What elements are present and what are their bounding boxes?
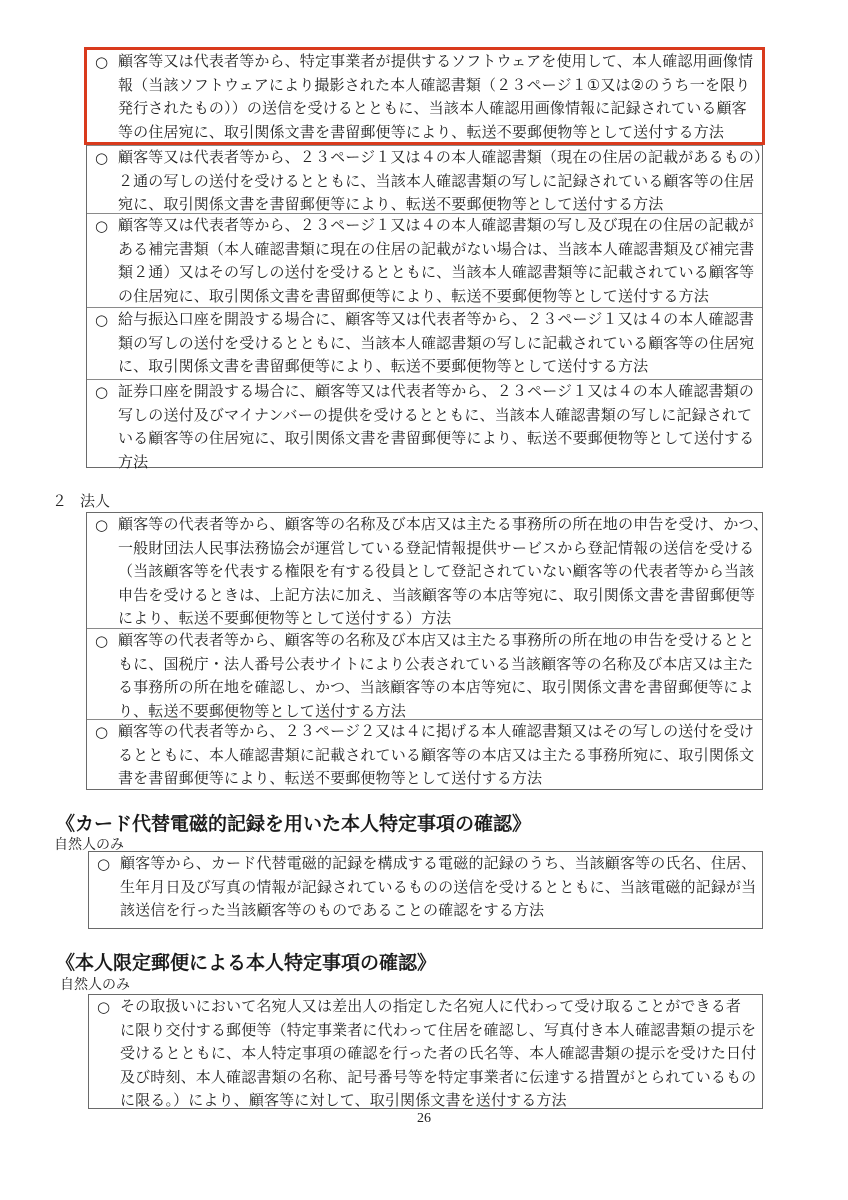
method-text-line: もに、国税庁・法人番号公表サイトにより公表されている当該顧客等の名称及び本店又は… bbox=[118, 653, 762, 677]
circle-bullet-icon: ○ bbox=[95, 630, 108, 654]
circle-bullet-icon: ○ bbox=[95, 215, 108, 239]
circle-bullet-icon: ○ bbox=[95, 51, 108, 75]
method-row: ○ その取扱いにおいて名宛人又は差出人の指定した名宛人に代わって受け取ることがで… bbox=[89, 995, 762, 1108]
scope-label: 自然人のみ bbox=[60, 976, 130, 994]
method-text-line: ２通の写しの送付を受けるとともに、当該本人確認書類の写しに記録されている顧客等の… bbox=[118, 170, 762, 194]
section-title-corporate: 法人 bbox=[80, 491, 110, 511]
corporate-methods-table: ○ 顧客等の代表者等から、顧客等の名称及び本店又は主たる事務所の所在地の申告を受… bbox=[86, 512, 763, 790]
method-text-line: 顧客等又は代表者等から、特定事業者が提供するソフトウェアを使用して、本人確認用画… bbox=[118, 50, 762, 74]
method-text-line: （当該顧客等を代表する権限を有する役員として登記されていない顧客等の代表者等から… bbox=[118, 560, 762, 584]
method-text-line: 生年月日及び写真の情報が記録されているものの送信を受けるとともに、当該電磁的記録… bbox=[120, 876, 762, 900]
individual-methods-table: ○ 顧客等又は代表者等から、特定事業者が提供するソフトウェアを使用して、本人確認… bbox=[86, 49, 763, 468]
method-text-line: の住居宛に、取引関係文書を書留郵便等により、転送不要郵便物等として送付する方法 bbox=[118, 285, 762, 309]
method-row: ○ 顧客等又は代表者等から、２３ページ１又は４の本人確認書類（現在の住居の記載が… bbox=[87, 145, 762, 213]
method-text-line: いる顧客等の住居宛に、取引関係文書を書留郵便等により、転送不要郵便物等として送付… bbox=[118, 427, 762, 451]
method-text-line: 及び時刻、本人確認書類の名称、記号番号等を特定事業者に伝達する措置がとられている… bbox=[120, 1066, 762, 1090]
method-text-line: る事務所の所在地を確認し、かつ、当該顧客等の本店等宛に、取引関係文書を書留郵便等… bbox=[118, 676, 762, 700]
method-row: ○ 顧客等から、カード代替電磁的記録を構成する電磁的記録のうち、当該顧客等の氏名… bbox=[89, 852, 762, 928]
method-row: ○ 顧客等又は代表者等から、特定事業者が提供するソフトウェアを使用して、本人確認… bbox=[87, 50, 762, 145]
method-text-line: 報（当該ソフトウェアにより撮影された本人確認書類（２３ページ１①又は②のうち一を… bbox=[118, 74, 762, 98]
method-row: ○ 給与振込口座を開設する場合に、顧客等又は代表者等から、２３ページ１又は４の本… bbox=[87, 307, 762, 379]
method-text-line: 申告を受けるときは、上記方法に加え、当該顧客等の本店等宛に、取引関係文書を書留郵… bbox=[118, 584, 762, 608]
method-text-line: 発行されたもの））の送信を受けるとともに、当該本人確認用画像情報に記録されている… bbox=[118, 97, 762, 121]
method-text-line: 等の住居宛に、取引関係文書を書留郵便等により、転送不要郵便物等として送付する方法 bbox=[118, 121, 762, 145]
section-heading-mail: 《本人限定郵便による本人特定事項の確認》 bbox=[56, 951, 436, 975]
page-number: 26 bbox=[0, 1111, 848, 1127]
method-text-line: 顧客等の代表者等から、顧客等の名称及び本店又は主たる事務所の所在地の申告を受け、… bbox=[118, 513, 762, 537]
section-number: ２ bbox=[52, 491, 67, 511]
method-row: ○ 顧客等又は代表者等から、２３ページ１又は４の本人確認書類の写し及び現在の住居… bbox=[87, 213, 762, 307]
circle-bullet-icon: ○ bbox=[95, 721, 108, 745]
method-text-line: 類２通）又はその写しの送付を受けるとともに、当該本人確認書類等に記載されている顧… bbox=[118, 261, 762, 285]
method-text-line: に、取引関係文書を書留郵便等により、転送不要郵便物等として送付する方法 bbox=[118, 355, 762, 379]
method-text-line: 顧客等又は代表者等から、２３ページ１又は４の本人確認書類の写し及び現在の住居の記… bbox=[118, 214, 762, 238]
method-row: ○ 証券口座を開設する場合に、顧客等又は代表者等から、２３ページ１又は４の本人確… bbox=[87, 379, 762, 467]
circle-bullet-icon: ○ bbox=[97, 853, 110, 877]
section-heading-card: 《カード代替電磁的記録を用いた本人特定事項の確認》 bbox=[56, 812, 531, 836]
method-text-line: に限る。）により、顧客等に対して、取引関係文書を送付する方法 bbox=[120, 1089, 762, 1113]
method-text-line: 受けるとともに、本人特定事項の確認を行った者の氏名等、本人確認書類の提示を受けた… bbox=[120, 1042, 762, 1066]
method-row: ○ 顧客等の代表者等から、２３ページ２又は４に掲げる本人確認書類又はその写しの送… bbox=[87, 719, 762, 789]
circle-bullet-icon: ○ bbox=[97, 996, 110, 1020]
method-text-line: ある補完書類（本人確認書類に現在の住居の記載がない場合は、当該本人確認書類及び補… bbox=[118, 238, 762, 262]
method-text-line: 証券口座を開設する場合に、顧客等又は代表者等から、２３ページ１又は４の本人確認書… bbox=[118, 380, 762, 404]
method-text-line: 顧客等の代表者等から、顧客等の名称及び本店又は主たる事務所の所在地の申告を受ける… bbox=[118, 629, 762, 653]
method-text-line: に限り交付する郵便等（特定事業者に代わって住居を確認し、写真付き本人確認書類の提… bbox=[120, 1019, 762, 1043]
method-row: ○ 顧客等の代表者等から、顧客等の名称及び本店又は主たる事務所の所在地の申告を受… bbox=[87, 628, 762, 719]
method-text-line: 給与振込口座を開設する場合に、顧客等又は代表者等から、２３ページ１又は４の本人確… bbox=[118, 308, 762, 332]
method-text-line: 方法 bbox=[118, 451, 762, 475]
method-text-line: 顧客等の代表者等から、２３ページ２又は４に掲げる本人確認書類又はその写しの送付を… bbox=[118, 720, 762, 744]
circle-bullet-icon: ○ bbox=[95, 381, 108, 405]
mail-methods-table: ○ その取扱いにおいて名宛人又は差出人の指定した名宛人に代わって受け取ることがで… bbox=[88, 994, 763, 1109]
circle-bullet-icon: ○ bbox=[95, 309, 108, 333]
method-text-line: 写しの送付及びマイナンバーの提供を受けるとともに、当該本人確認書類の写しに記録さ… bbox=[118, 404, 762, 428]
method-text-line: 顧客等から、カード代替電磁的記録を構成する電磁的記録のうち、当該顧客等の氏名、住… bbox=[120, 852, 762, 876]
method-text-line: るとともに、本人確認書類に記載されている顧客等の本店又は主たる事務所宛に、取引関… bbox=[118, 744, 762, 768]
method-text-line: 書を書留郵便等により、転送不要郵便物等として送付する方法 bbox=[118, 767, 762, 791]
method-text-line: 顧客等又は代表者等から、２３ページ１又は４の本人確認書類（現在の住居の記載がある… bbox=[118, 146, 762, 170]
method-text-line: 一般財団法人民事法務協会が運営している登記情報提供サービスから登記情報の送信を受… bbox=[118, 537, 762, 561]
circle-bullet-icon: ○ bbox=[95, 514, 108, 538]
card-methods-table: ○ 顧客等から、カード代替電磁的記録を構成する電磁的記録のうち、当該顧客等の氏名… bbox=[88, 851, 763, 929]
method-text-line: その取扱いにおいて名宛人又は差出人の指定した名宛人に代わって受け取ることができる… bbox=[120, 995, 762, 1019]
method-text-line: 類の写しの送付を受けるとともに、当該本人確認書類の写しに記載されている顧客等の住… bbox=[118, 332, 762, 356]
method-text-line: 該送信を行った当該顧客等のものであることの確認をする方法 bbox=[120, 899, 762, 923]
method-row: ○ 顧客等の代表者等から、顧客等の名称及び本店又は主たる事務所の所在地の申告を受… bbox=[87, 513, 762, 628]
circle-bullet-icon: ○ bbox=[95, 147, 108, 171]
